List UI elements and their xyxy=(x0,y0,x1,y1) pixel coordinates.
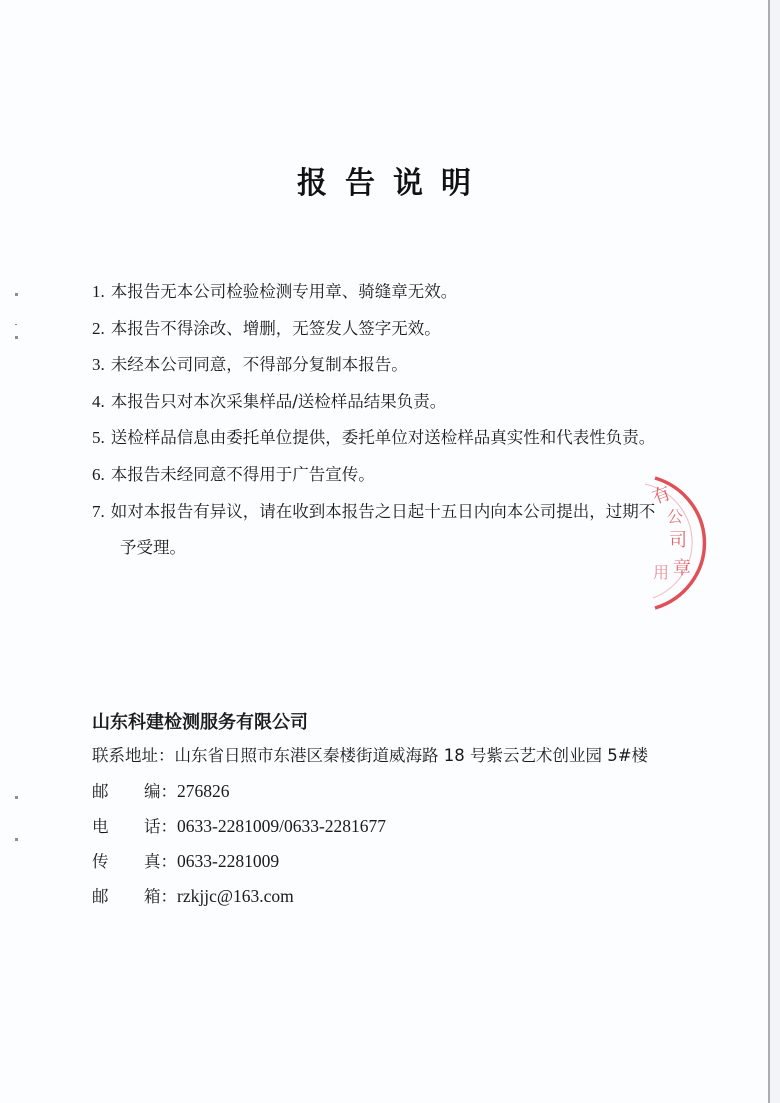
address-value: 山东省日照市东港区秦楼街道威海路 18 号紫云艺术创业园 5#楼 xyxy=(175,746,649,765)
scan-speck xyxy=(15,336,18,339)
address-row: 联系地址：山东省日照市东港区秦楼街道威海路 18 号紫云艺术创业园 5#楼 xyxy=(92,746,752,766)
fax-value: 0633-2281009 xyxy=(177,851,279,871)
note-item: 5.送检样品信息由委托单位提供，委托单位对送检样品真实性和代表性负责。 xyxy=(92,428,732,448)
scan-speck xyxy=(15,324,17,325)
scan-speck xyxy=(15,796,18,799)
note-item: 3.未经本公司同意，不得部分复制本报告。 xyxy=(92,355,732,375)
page-title: 报告说明 xyxy=(0,158,768,202)
scan-speck xyxy=(15,293,18,296)
fax-row: 传真：0633-2281009 xyxy=(92,851,752,871)
company-name: 山东科建检测服务有限公司 xyxy=(92,708,308,734)
postcode-row: 邮编：276826 xyxy=(92,781,752,801)
note-item: 7.如对本报告有异议，请在收到本报告之日起十五日内向本公司提出，过期不 xyxy=(92,502,732,522)
scan-speck xyxy=(15,838,18,841)
notes-list: 1.本报告无本公司检验检测专用章、骑缝章无效。 2.本报告不得涂改、增删，无签发… xyxy=(92,282,732,575)
phone-row: 电话：0633-2281009/0633-2281677 xyxy=(92,816,752,836)
postcode-value: 276826 xyxy=(177,781,230,801)
note-item-continuation: 予受理。 xyxy=(92,538,732,558)
page-edge xyxy=(770,0,780,1103)
note-item: 2.本报告不得涂改、增删，无签发人签字无效。 xyxy=(92,319,732,339)
contact-block: 联系地址：山东省日照市东港区秦楼街道威海路 18 号紫云艺术创业园 5#楼 邮编… xyxy=(92,746,752,921)
note-item: 4.本报告只对本次采集样品/送检样品结果负责。 xyxy=(92,392,732,412)
note-item: 1.本报告无本公司检验检测专用章、骑缝章无效。 xyxy=(92,282,732,302)
note-item: 6.本报告未经同意不得用于广告宣传。 xyxy=(92,465,732,485)
email-value: rzkjjc@163.com xyxy=(177,886,294,906)
phone-value: 0633-2281009/0633-2281677 xyxy=(177,816,386,836)
email-row: 邮箱：rzkjjc@163.com xyxy=(92,886,752,906)
document-page: 报告说明 1.本报告无本公司检验检测专用章、骑缝章无效。 2.本报告不得涂改、增… xyxy=(0,0,770,1103)
address-label: 联系地址： xyxy=(92,746,175,765)
